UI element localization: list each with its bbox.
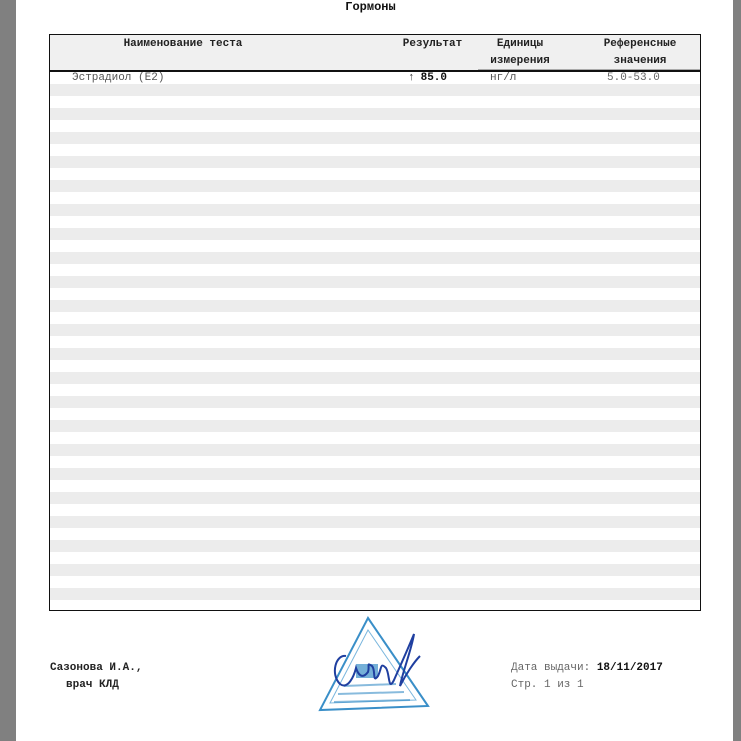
test-result: ↑85.0 — [408, 72, 447, 84]
header-result: Результат — [395, 36, 470, 53]
issue-date-label: Дата выдачи: — [511, 662, 590, 674]
test-units: нг/л — [490, 72, 516, 84]
viewer-left-margin — [0, 0, 16, 741]
header-units-line1: Единицы — [478, 36, 562, 53]
issue-date: 18/11/2017 — [597, 662, 663, 674]
header-divider — [478, 69, 564, 70]
page-number: Стр. 1 из 1 — [511, 677, 663, 694]
issue-info: Дата выдачи: 18/11/2017 Стр. 1 из 1 — [511, 660, 663, 694]
header-reference: Референсные значения — [590, 36, 690, 70]
header-test-name: Наименование теста — [50, 36, 316, 53]
test-name: Эстрадиол (E2) — [72, 72, 164, 84]
stamp-signature-icon — [316, 614, 432, 714]
table-header: Наименование теста Результат Единицы изм… — [50, 35, 700, 72]
results-table: Наименование теста Результат Единицы изм… — [49, 34, 701, 611]
header-units-line2: измерения — [478, 53, 562, 70]
header-reference-line2: значения — [590, 53, 690, 70]
section-title: Гормоны — [0, 0, 741, 14]
header-divider — [564, 69, 700, 70]
result-value: 85.0 — [421, 72, 447, 84]
doctor-title: врач КЛД — [50, 677, 142, 694]
header-units: Единицы измерения — [478, 36, 562, 70]
viewer-scrollbar[interactable] — [733, 0, 741, 741]
doctor-signature-block: Сазонова И.А., врач КЛД — [50, 660, 142, 694]
table-row: Эстрадиол (E2) ↑85.0 нг/л 5.0-53.0 — [50, 72, 700, 84]
issue-date-line: Дата выдачи: 18/11/2017 — [511, 660, 663, 677]
doctor-name: Сазонова И.А., — [50, 660, 142, 677]
header-reference-line1: Референсные — [590, 36, 690, 53]
arrow-up-icon: ↑ — [408, 72, 415, 84]
test-reference: 5.0-53.0 — [607, 72, 660, 84]
table-body: Эстрадиол (E2) ↑85.0 нг/л 5.0-53.0 — [50, 72, 700, 610]
